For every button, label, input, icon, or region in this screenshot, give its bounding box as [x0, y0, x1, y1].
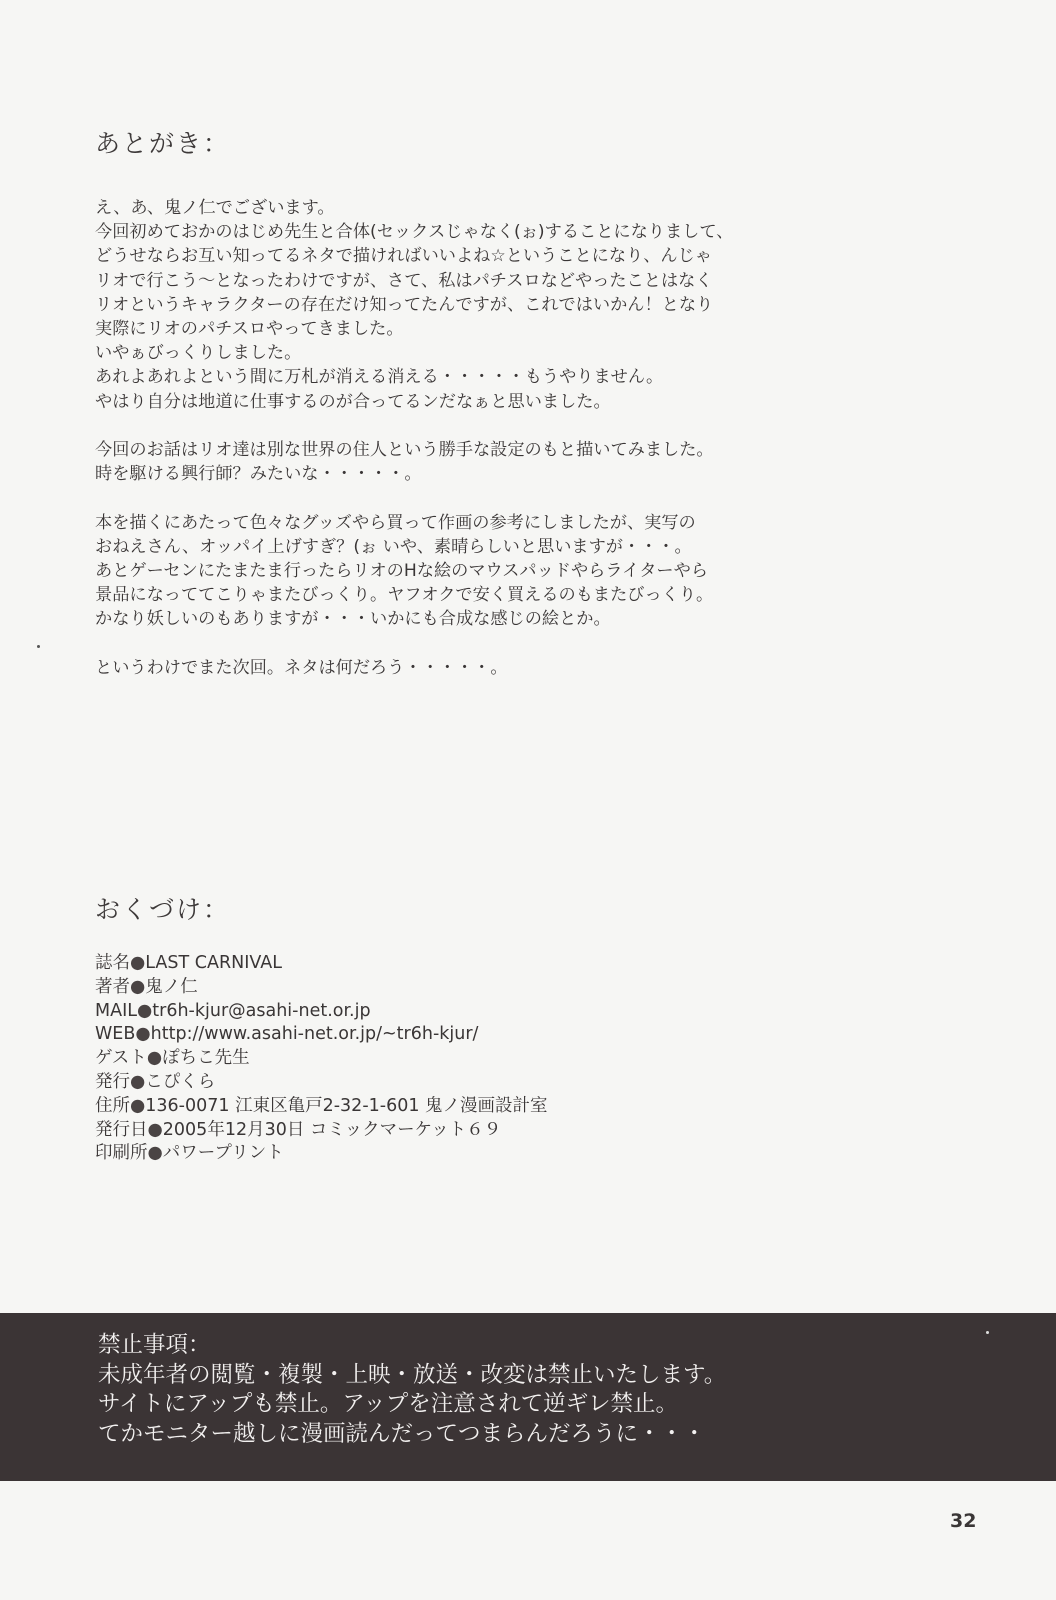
bullet-icon: ●: [130, 977, 145, 997]
notice-line: てかモニター越しに漫画読んだってつまらんだろうに・・・: [98, 1420, 726, 1450]
text-line: あとゲーセンにたまたま行ったらリオのHな絵のマウスパッドやらライターやら: [95, 559, 855, 583]
colophon-row-author: 著者●鬼ノ仁: [95, 976, 548, 1000]
colophon-row-title: 誌名●LAST CARNIVAL: [95, 952, 548, 976]
text-line: というわけでまた次回。ネタは何だろう・・・・・。: [95, 656, 855, 680]
prohibition-notice-band: 禁止事項： 未成年者の閲覧・複製・上映・放送・改変は禁止いたします。 サイトにア…: [0, 1313, 1056, 1481]
bullet-icon: ●: [130, 1072, 145, 1092]
text-line: あれよあれよという間に万札が消える消える・・・・・もうやりません。: [95, 365, 855, 389]
afterword-paragraph: 今回のお話はリオ達は別な世界の住人という勝手な設定のもと描いてみました。 時を駆…: [95, 438, 855, 486]
bullet-icon: ●: [135, 1024, 150, 1044]
text-line: え、あ、鬼ノ仁でございます。: [95, 196, 855, 220]
colophon-row-printer: 印刷所●パワープリント: [95, 1142, 548, 1166]
notice-line: 未成年者の閲覧・複製・上映・放送・改変は禁止いたします。: [98, 1361, 726, 1391]
notice-line: サイトにアップも禁止。アップを注意されて逆ギレ禁止。: [98, 1390, 726, 1420]
text-line: どうせならお互い知ってるネタで描ければいいよね☆ということになり、んじゃ: [95, 244, 855, 268]
bullet-icon: ●: [137, 1001, 152, 1021]
colophon-row-guest: ゲスト●ぽちこ先生: [95, 1047, 548, 1071]
colophon-heading: おくづけ：: [95, 890, 230, 926]
colophon-list: 誌名●LAST CARNIVAL 著者●鬼ノ仁 MAIL●tr6h-kjur@a…: [95, 952, 548, 1166]
prohibition-notice: 禁止事項： 未成年者の閲覧・複製・上映・放送・改変は禁止いたします。 サイトにア…: [98, 1331, 726, 1449]
colophon-row-web: WEB●http://www.asahi-net.or.jp/~tr6h-kju…: [95, 1023, 548, 1047]
text-line: リオというキャラクターの存在だけ知ってたんですが、これではいかん！となり: [95, 293, 855, 317]
colophon-label: 誌名: [95, 953, 130, 973]
colophon-label: 著者: [95, 977, 130, 997]
text-line: 今回初めておかのはじめ先生と合体(セックスじゃなく(ぉ)することになりまして、: [95, 220, 855, 244]
colophon-label: 発行: [95, 1072, 130, 1092]
afterword-heading: あとがき：: [95, 124, 230, 160]
bullet-icon: ●: [130, 953, 145, 973]
page-number: 32: [950, 1510, 976, 1532]
afterword-paragraph: え、あ、鬼ノ仁でございます。 今回初めておかのはじめ先生と合体(セックスじゃなく…: [95, 196, 855, 414]
colophon-row-date: 発行日●2005年12月30日 コミックマーケット６９: [95, 1119, 548, 1143]
colophon-label: 住所: [95, 1096, 130, 1116]
colophon-value: 2005年12月30日 コミックマーケット６９: [163, 1120, 501, 1140]
text-line: 景品になっててこりゃまたびっくり。ヤフオクで安く買えるのもまたびっくり。: [95, 583, 855, 607]
colophon-value: こぴくら: [145, 1072, 215, 1092]
colophon-value: tr6h-kjur@asahi-net.or.jp: [152, 1001, 370, 1021]
afterword-paragraph: というわけでまた次回。ネタは何だろう・・・・・。: [95, 656, 855, 680]
bullet-icon: ●: [148, 1143, 163, 1163]
text-line: 本を描くにあたって色々なグッズやら買って作画の参考にしましたが、実写の: [95, 511, 855, 535]
text-line: いやぁびっくりしました。: [95, 341, 855, 365]
scan-speck: [37, 645, 40, 648]
colophon-label: MAIL: [95, 1001, 137, 1021]
text-line: おねえさん、オッパイ上げすぎ？(ぉ いや、素晴らしいと思いますが・・・。: [95, 535, 855, 559]
text-line: やはり自分は地道に仕事するのが合ってるンだなぁと思いました。: [95, 390, 855, 414]
colophon-value: 136-0071 江東区亀戸2-32-1-601 鬼ノ漫画設計室: [145, 1096, 547, 1116]
text-line: 時を駆ける興行師？みたいな・・・・・。: [95, 462, 855, 486]
bullet-icon: ●: [130, 1096, 145, 1116]
text-line: 実際にリオのパチスロやってきました。: [95, 317, 855, 341]
bullet-icon: ●: [148, 1120, 163, 1140]
afterword-body: え、あ、鬼ノ仁でございます。 今回初めておかのはじめ先生と合体(セックスじゃなく…: [95, 196, 855, 704]
bullet-icon: ●: [147, 1048, 162, 1068]
colophon-label: ゲスト: [95, 1048, 147, 1068]
colophon-row-address: 住所●136-0071 江東区亀戸2-32-1-601 鬼ノ漫画設計室: [95, 1095, 548, 1119]
colophon-label: 発行日: [95, 1120, 148, 1140]
colophon-label: 印刷所: [95, 1143, 148, 1163]
colophon-label: WEB: [95, 1024, 135, 1044]
afterword-paragraph: 本を描くにあたって色々なグッズやら買って作画の参考にしましたが、実写の おねえさ…: [95, 511, 855, 632]
text-line: 今回のお話はリオ達は別な世界の住人という勝手な設定のもと描いてみました。: [95, 438, 855, 462]
colophon-value: パワープリント: [163, 1143, 284, 1163]
notice-heading: 禁止事項：: [98, 1331, 726, 1361]
text-line: かなり妖しいのもありますが・・・いかにも合成な感じの絵とか。: [95, 607, 855, 631]
colophon-row-publisher: 発行●こぴくら: [95, 1071, 548, 1095]
colophon-value: ぽちこ先生: [162, 1048, 250, 1068]
colophon-row-mail: MAIL●tr6h-kjur@asahi-net.or.jp: [95, 1000, 548, 1024]
scan-speck: [986, 1331, 989, 1334]
colophon-value: LAST CARNIVAL: [145, 953, 282, 973]
colophon-value: http://www.asahi-net.or.jp/~tr6h-kjur/: [151, 1024, 479, 1044]
text-line: リオで行こう～となったわけですが、さて、私はパチスロなどやったことはなく: [95, 269, 855, 293]
colophon-value: 鬼ノ仁: [145, 977, 198, 997]
